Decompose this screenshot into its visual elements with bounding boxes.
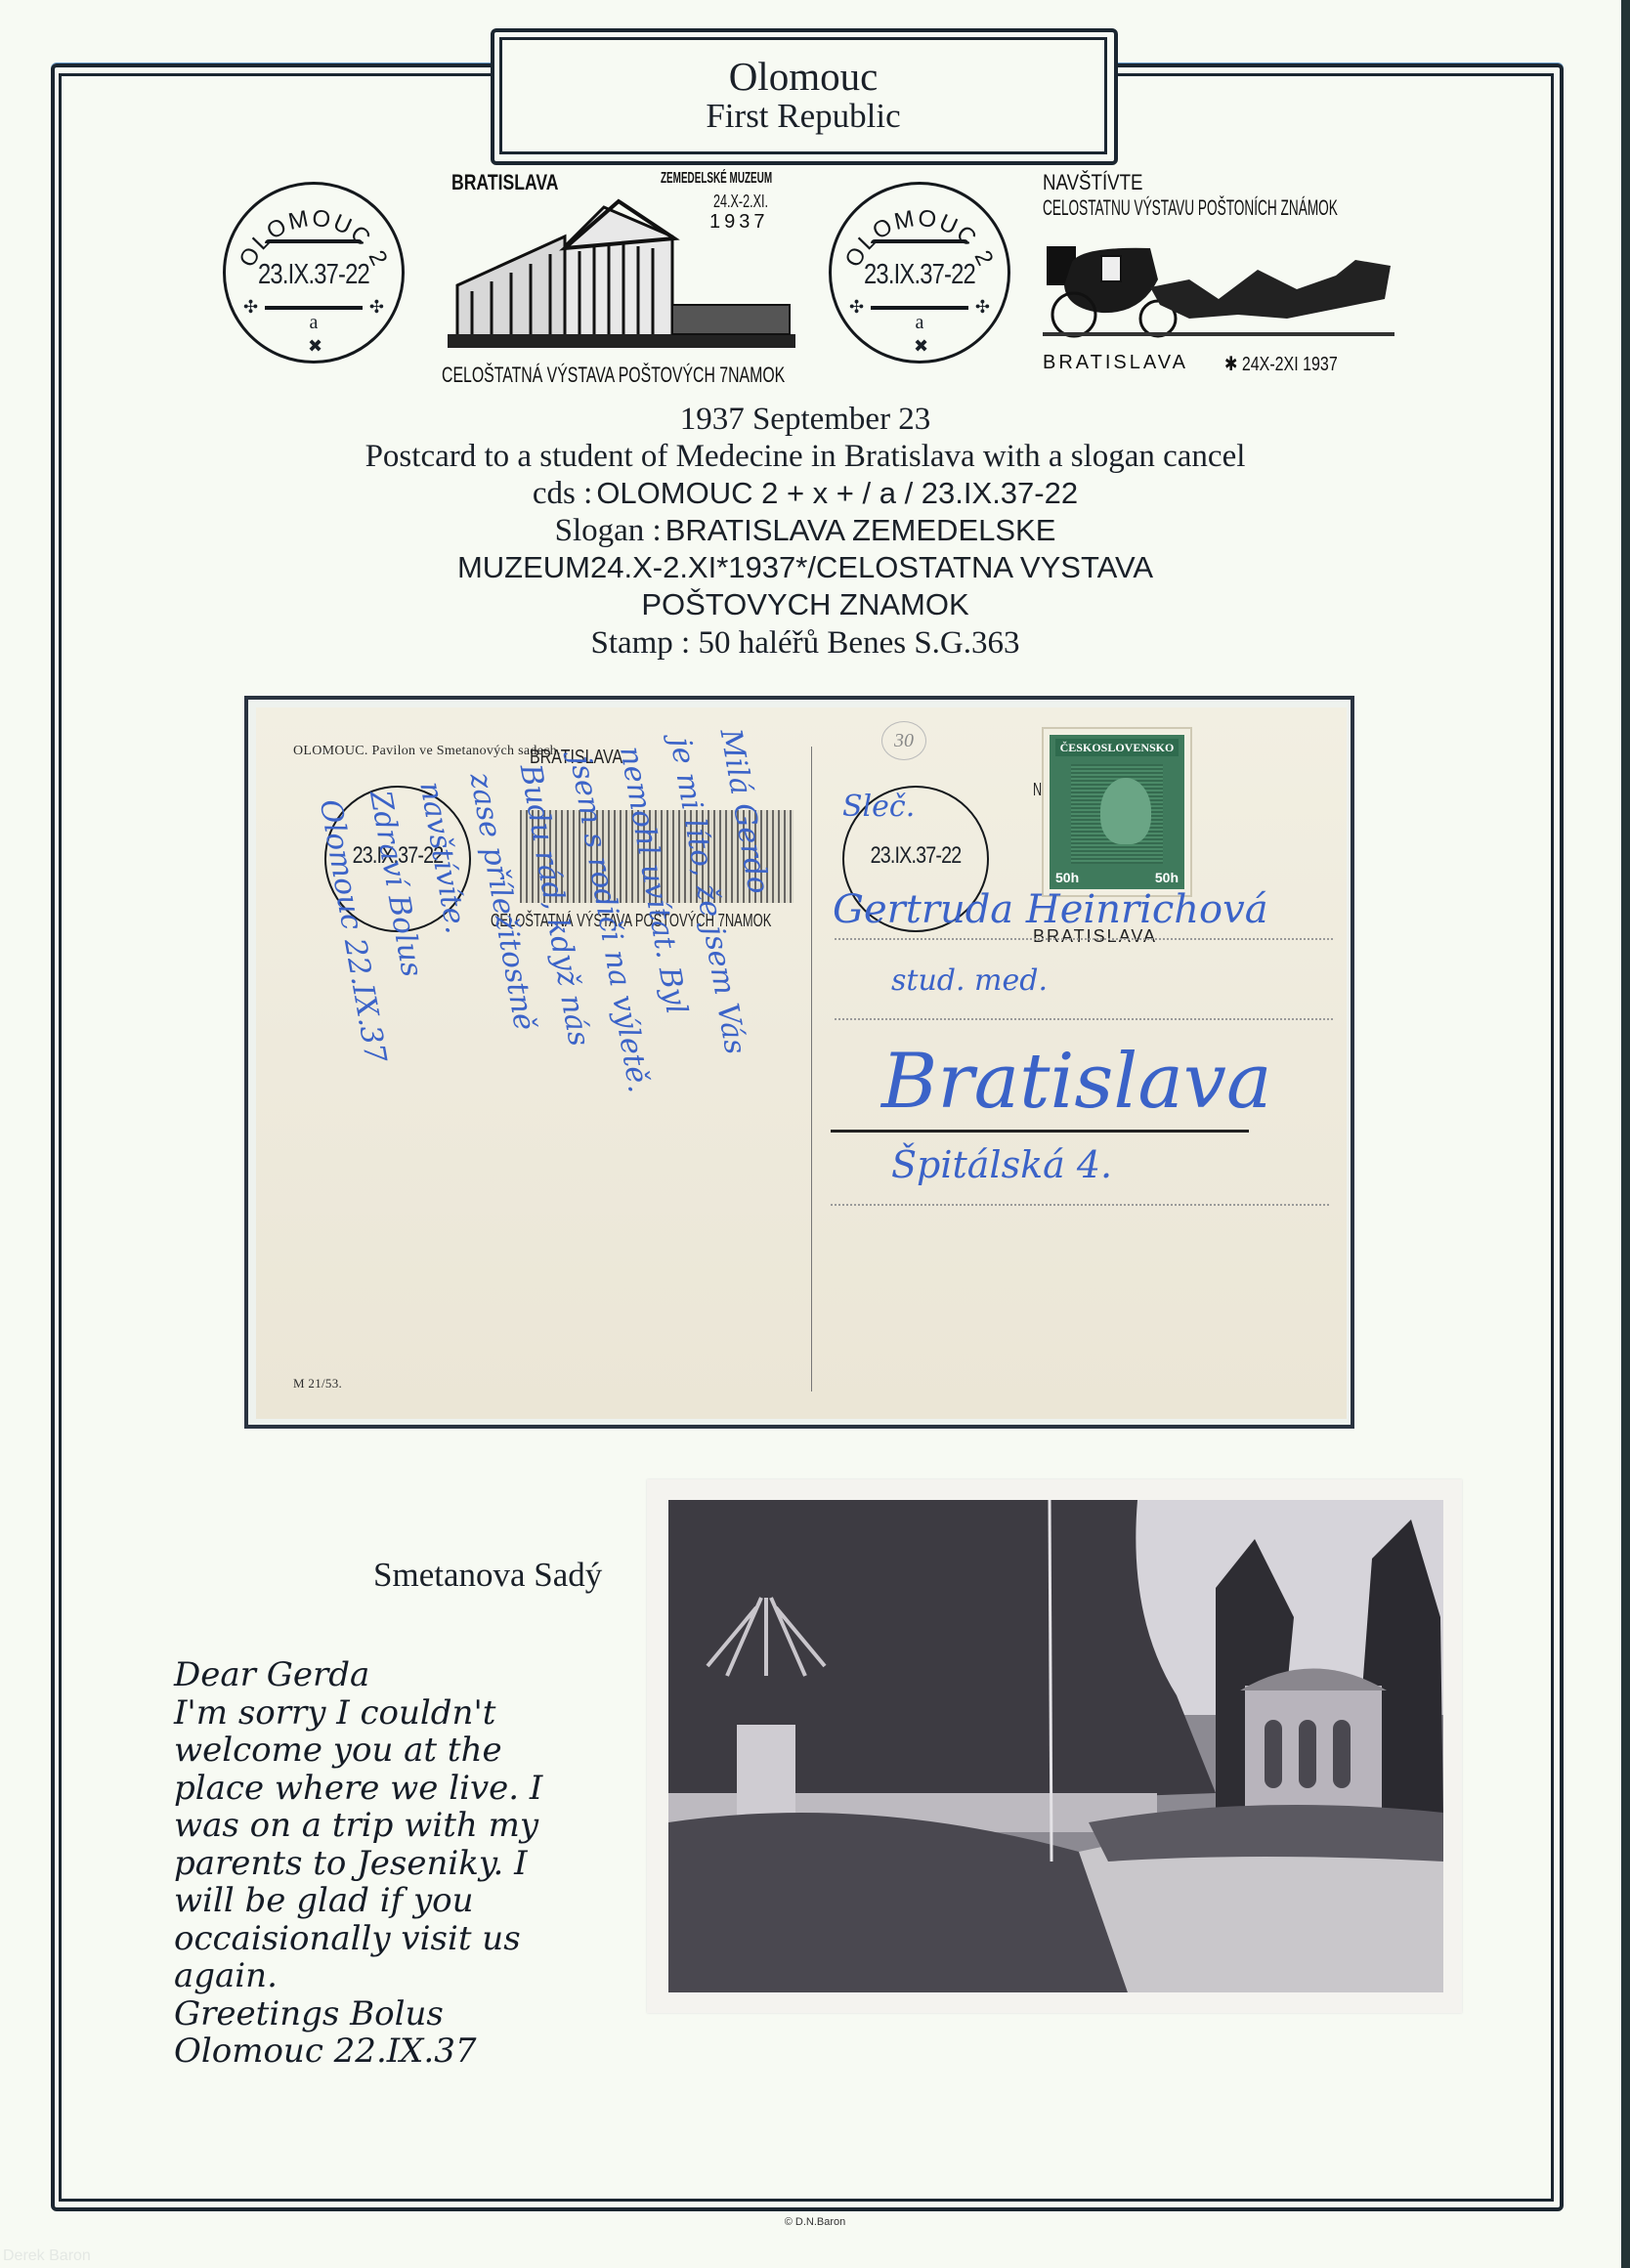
description-stamp: Stamp : 50 haléřů Benes S.G.363 <box>0 625 1610 662</box>
message-translation: Dear Gerda I'm sorry I couldn't welcome … <box>174 1656 542 2071</box>
scan-edge <box>1621 0 1630 2268</box>
stamp-portrait <box>1071 764 1163 864</box>
stagecoach-illustration <box>1043 240 1394 338</box>
stamp-value: 50h <box>1155 870 1179 885</box>
title-box-inner: Olomouc First Republic <box>499 37 1107 154</box>
park-photo <box>668 1500 1443 1992</box>
cds-bar <box>871 239 968 243</box>
cross-icon: ✣ <box>369 298 384 316</box>
pencil-note: 30 <box>881 721 926 760</box>
portrait-head <box>1100 778 1151 844</box>
slogan-text: ✱ 24X-2XI 1937 <box>1224 352 1338 376</box>
publisher-code: M 21/53. <box>293 1376 342 1391</box>
cross-icon: ✖ <box>914 337 928 355</box>
page-subtitle: First Republic <box>706 97 900 136</box>
description-slogan: Slogan : BRATISLAVA ZEMEDELSKE <box>0 513 1610 549</box>
cds-date: 23.IX.37-22 <box>241 259 386 291</box>
postcard: OLOMOUC. Pavilon ve Smetanových sadech. … <box>256 707 1347 1419</box>
postcard-message: Milá Gerdoje mi líto, že jsem Vásnemohl … <box>295 766 784 1352</box>
cds-date: 23.IX.37-22 <box>847 259 992 291</box>
slogan-text: BRATISLAVA <box>451 170 559 195</box>
address-greeting: Sleč. <box>842 790 915 824</box>
slogan-text: BRATISLAVA <box>1043 352 1188 374</box>
postcard-caption: OLOMOUC. Pavilon ve Smetanových sadech. <box>293 744 561 759</box>
cross-icon: ✣ <box>849 298 864 316</box>
address-underline <box>831 1130 1249 1133</box>
description-slogan-cont: POŠTOVYCH ZNAMOK <box>0 587 1610 622</box>
address-line <box>835 1018 1333 1020</box>
description-slogan-cont: MUZEUM24.X-2.XI*1937*/CELOSTATNA VYSTAVA <box>0 550 1610 585</box>
slogan-text: CELOSTATNU VÝSTAVU POŠTONÍCH ZNÁMOK <box>1043 195 1338 221</box>
page-title: Olomouc <box>729 56 879 97</box>
address-line <box>835 938 1333 940</box>
postage-stamp: ČESKOSLOVENSKO 50h 50h <box>1044 729 1190 895</box>
cross-icon: ✣ <box>975 298 990 316</box>
address-name: Gertruda Heinrichová <box>833 887 1268 932</box>
description-summary: Postcard to a student of Medecine in Bra… <box>0 439 1610 475</box>
address-title: stud. med. <box>891 963 1048 998</box>
description-cds: cds : OLOMOUC 2 + x + / a / 23.IX.37-22 <box>0 476 1610 512</box>
address-line <box>831 1204 1329 1206</box>
cross-icon: ✣ <box>243 298 258 316</box>
address-street: Špitálská 4. <box>891 1143 1112 1186</box>
postcard-divider <box>811 747 812 1391</box>
smetana-park-pavilion-image <box>668 1500 1443 1992</box>
cds-bar <box>265 306 363 310</box>
copyright: © D.N.Baron <box>0 2216 1630 2228</box>
slogan-text: CELOŠTATNÁ VÝSTAVA POŠTOVÝCH 7NAMOK <box>442 363 785 388</box>
slogan-text: ZEMEDELSKÉ MUZEUM <box>661 170 772 188</box>
cds-bar <box>871 306 968 310</box>
museum-building-illustration <box>448 197 795 358</box>
slogan-cancel-coach: NAVŠTÍVTE CELOSTATNU VÝSTAVU POŠTONÍCH Z… <box>1039 166 1400 381</box>
stamp-value: 50h <box>1055 870 1079 885</box>
watermark: Derek Baron <box>3 2247 91 2265</box>
star-icon: ✱ <box>1224 354 1242 375</box>
cds-postmark-2: OLOMOUC 2 23.IX.37-22 a ✣ ✣ ✖ <box>829 182 1010 364</box>
slogan-text: NAVŠTÍVTE <box>1043 170 1143 195</box>
slogan-cancel-museum: BRATISLAVA ZEMEDELSKÉ MUZEUM 24.X-2.XI. … <box>434 162 805 389</box>
cds-bar <box>265 239 363 243</box>
cds-postmark-1: OLOMOUC 2 23.IX.37-22 a ✣ ✣ ✖ <box>223 182 405 364</box>
description-date: 1937 September 23 <box>0 402 1610 438</box>
address-city: Bratislava <box>881 1038 1271 1126</box>
photo-label: Smetanova Sadý <box>373 1556 602 1595</box>
stamp-country: ČESKOSLOVENSKO <box>1055 739 1179 756</box>
cross-icon: ✖ <box>308 337 322 355</box>
